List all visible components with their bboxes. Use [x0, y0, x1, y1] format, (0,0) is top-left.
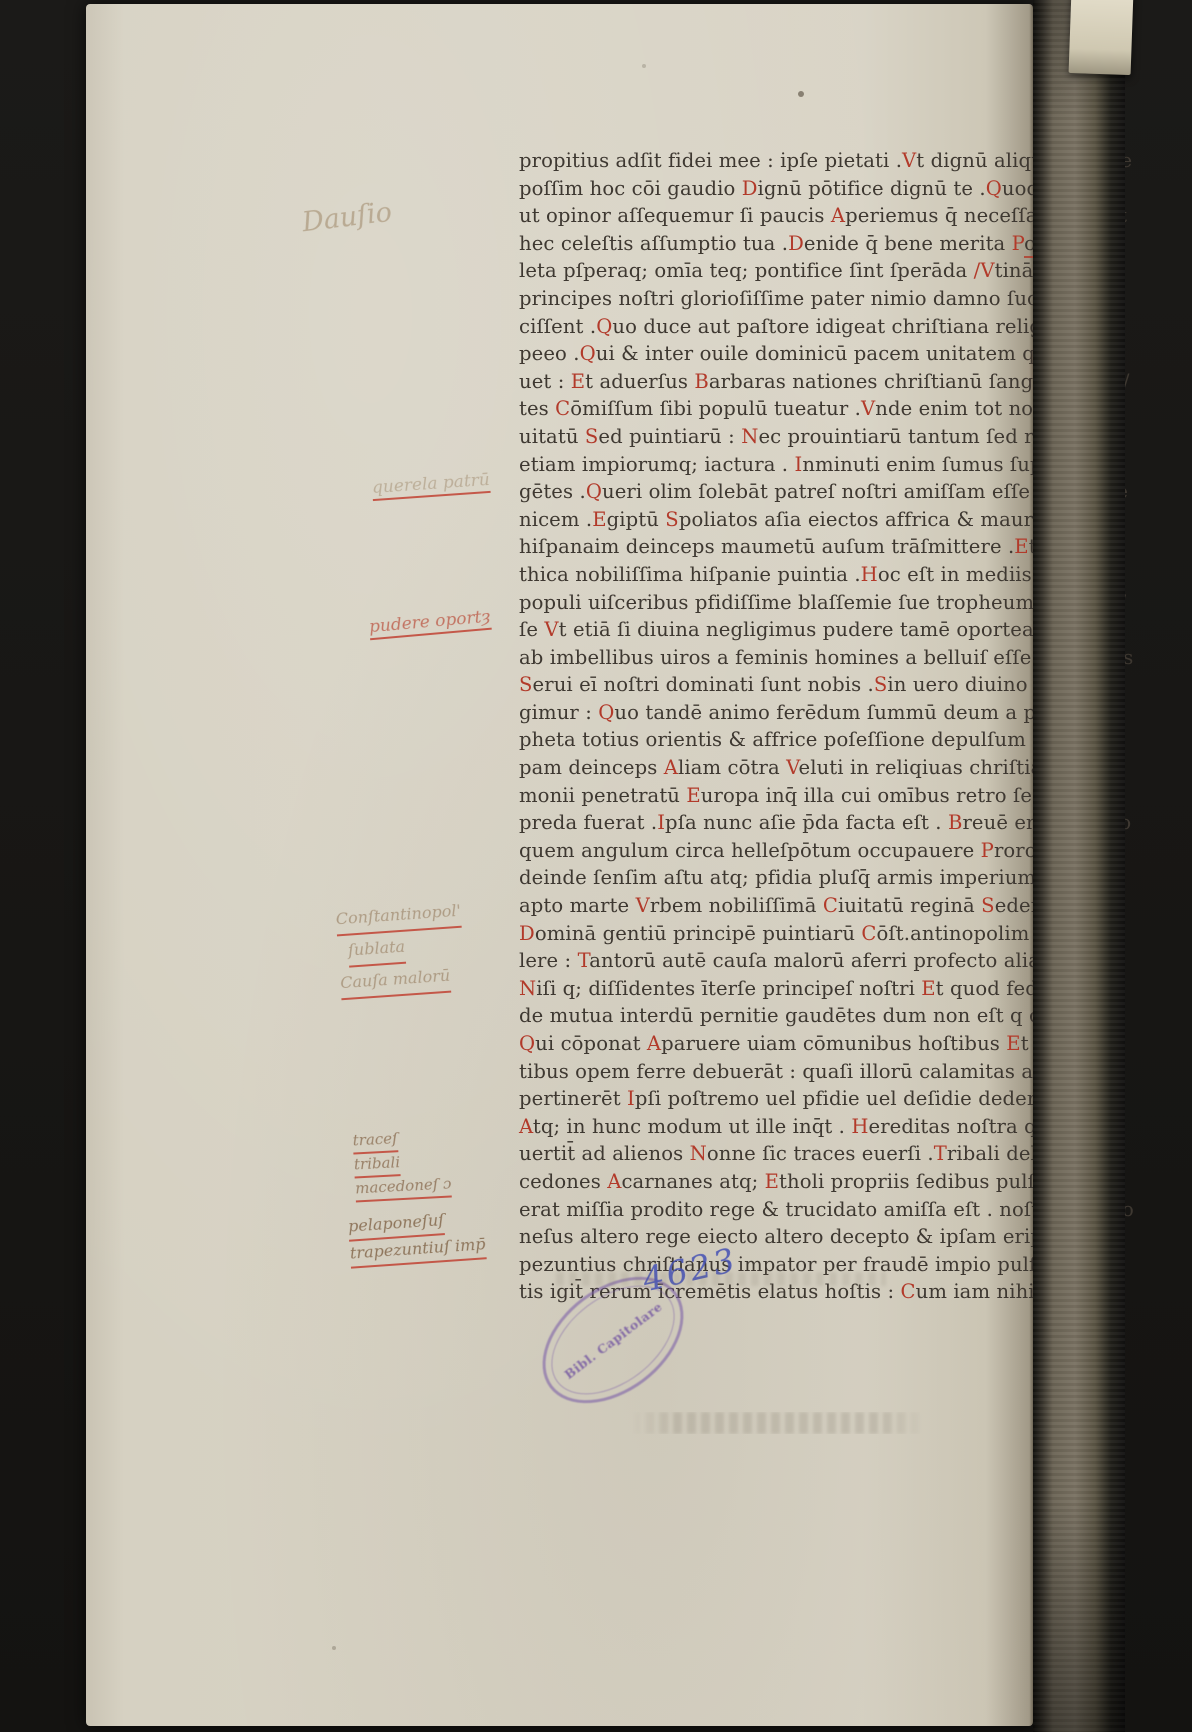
margin-note-dausio: Dauſio	[300, 197, 393, 239]
text-line: ciſſent .Quo duce aut paſtore idigeat ch…	[519, 313, 1098, 341]
rubricated-letter: N	[741, 425, 758, 448]
vellum-ribbon	[1069, 0, 1134, 75]
text-line: peeo .Qui & inter ouile dominicū pacem u…	[519, 340, 1098, 368]
margin-note-line: macedoneſ ɔ	[355, 1173, 452, 1202]
text-line: cedones Acarnanes atq; Etholi propriis ſ…	[519, 1168, 1098, 1196]
rubricated-letter: V	[902, 149, 916, 172]
margin-note-line: Cauſa malorū	[339, 961, 451, 1001]
paper-speck	[332, 1646, 336, 1650]
margin-note-line: ſublata	[347, 932, 406, 968]
library-stamp-label: Bibl. Capitolare	[554, 1293, 672, 1387]
text-line: principes noſtri glorioſiſſime pater nim…	[519, 285, 1098, 313]
rubricated-letter: T	[578, 949, 590, 972]
rubricated-letter: A	[519, 1115, 533, 1138]
margin-note-line: querela patrū	[371, 470, 490, 501]
rubricated-letter: S	[519, 673, 533, 696]
text-line: de mutua interdū pernitie gaudētes dum n…	[519, 1002, 1098, 1030]
text-line: tes Cōmiſſum ſibi populū tueatur .Vnde e…	[519, 395, 1098, 423]
rubricated-letter: Q	[596, 315, 612, 338]
rubricated-letter: V	[636, 894, 650, 917]
rubricated-letter: S	[665, 508, 679, 531]
text-line: Dominā gentiū principē puintiarū Cōſt.an…	[519, 920, 1098, 948]
rubricated-letter: I	[627, 1087, 635, 1110]
text-line: pam deinceps Aliam cōtra Veluti in reliq…	[519, 754, 1098, 782]
body-text: propitius adſit fidei mee : ipſe pietati…	[519, 147, 1098, 1306]
text-line: uitatū Sed puintiarū : Nec prouintiarū t…	[519, 423, 1098, 451]
text-line: neſus altero rege eiecto altero decepto …	[519, 1223, 1098, 1251]
rubricated-letter: H	[851, 1115, 868, 1138]
text-line: thica nobiliſſima hiſpanie puintia .Hoc …	[519, 561, 1098, 589]
rubricated-letter: E	[592, 508, 606, 531]
rubricated-letter: S	[981, 894, 995, 917]
margin-note-constantinopolis: Conſtantinopol' ſublata Cauſa malorū	[335, 896, 467, 1001]
paper-speck	[642, 64, 646, 68]
text-line: gimur : Quo tandē animo ferēdum ſummū de…	[519, 699, 1098, 727]
book-fore-edge	[1033, 0, 1125, 1732]
rubricated-letter: H	[861, 563, 878, 586]
text-line: propitius adſit fidei mee : ipſe pietati…	[519, 147, 1098, 175]
text-line: pheta totius orientis & affrice poſeſſio…	[519, 726, 1098, 754]
scanned-book-spread: propitius adſit fidei mee : ipſe pietati…	[0, 0, 1192, 1732]
rubricated-letter: V	[786, 756, 798, 779]
rubricated-letter: P	[1012, 232, 1025, 255]
rubricated-letter: D	[519, 922, 535, 945]
rubricated-letter: E	[686, 784, 700, 807]
text-line: quem angulum circa helleſpōtum occupauer…	[519, 837, 1098, 865]
rubricated-letter: P	[981, 839, 994, 862]
rubricated-letter: E	[571, 370, 585, 393]
margin-note-pudere-oportet: pudere oportȝ	[368, 607, 491, 641]
rubricated-letter: V	[861, 397, 875, 420]
text-line: deinde ſenſim aſtu atq; pfidia pluſq̄ ar…	[519, 864, 1098, 892]
text-line: preda fuerat .Ipſa nunc aſie p̄da facta …	[519, 809, 1098, 837]
margin-note-querela-patrum: querela patrū	[371, 470, 490, 501]
rubricated-letter: B	[948, 811, 963, 834]
text-line: poſſim hoc cōi gaudio Dignū pōtifice dig…	[519, 175, 1098, 203]
rubricated-letter: A	[664, 756, 678, 779]
rubricated-letter: A	[647, 1032, 661, 1055]
text-line: hec celeſtis aſſumptio tua .Denide q̄ be…	[519, 230, 1098, 258]
text-line: ſe Vt etiā ſi diuina negligimus pudere t…	[519, 616, 1098, 644]
text-line: populi uiſceribus pfidiſſime blaſſemie ſ…	[519, 589, 1098, 617]
rubricated-letter: E	[1014, 535, 1028, 558]
rubricated-letter: C	[823, 894, 838, 917]
text-line: etiam impiorumq; iactura . Inminuti enim…	[519, 451, 1098, 479]
text-line: ab imbellibus uiros a feminis homines a …	[519, 644, 1098, 672]
rubricated-letter: B	[694, 370, 709, 393]
rubricated-letter: /V	[974, 259, 995, 282]
rubricated-letter: Q	[986, 177, 1002, 200]
rubricated-letter: D	[742, 177, 758, 200]
rubricated-letter: V	[544, 618, 558, 641]
margin-note-line: pudere oportȝ	[368, 607, 491, 641]
margin-note-line: traceſ	[352, 1128, 398, 1154]
text-line: lere : Tantorū autē cauſa malorū aferri …	[519, 947, 1098, 975]
text-line: Serui eī noſtri dominati ſunt nobis .Sin…	[519, 671, 1098, 699]
rubricated-letter: N	[519, 977, 536, 1000]
margin-note-thraces-tribali-macedones: traceſ tribali macedoneſ ɔ	[352, 1126, 452, 1203]
text-line: Niſi q; diſſidentes īterſe principeſ noſ…	[519, 975, 1098, 1003]
rubricated-letter: Q	[519, 1032, 535, 1055]
rubricated-letter: C	[555, 397, 570, 420]
rubricated-letter: I	[657, 811, 665, 834]
rubricated-letter: N	[690, 1142, 707, 1165]
rubricated-letter: Q	[580, 342, 596, 365]
rubricated-letter: Q	[598, 701, 614, 724]
text-line: Atq; in hunc modum ut ille inq̄t . Hered…	[519, 1113, 1098, 1141]
text-line: nicem .Egiptū Spoliatos aſia eiectos aff…	[519, 506, 1098, 534]
margin-note-line: Dauſio	[300, 197, 393, 239]
bleed-through-text	[631, 1412, 926, 1434]
margin-note-line: tribali	[353, 1152, 400, 1178]
rubricated-letter: C	[901, 1280, 916, 1303]
rubricated-letter: E	[1006, 1032, 1020, 1055]
text-line: uet : Et aduerſus Barbaras nationes chri…	[519, 368, 1098, 396]
text-line: leta pſperaq; omīa teq; pontifice ſint ſ…	[519, 257, 1098, 285]
text-line: monii penetratū Europa inq̄ illa cui omī…	[519, 782, 1098, 810]
text-line: pertinerēt Ipſi poſtremo uel pfidie uel …	[519, 1085, 1098, 1113]
text-line: Qui cōponat Aparuere uiam cōmunibus hoſt…	[519, 1030, 1098, 1058]
manuscript-page: propitius adſit fidei mee : ipſe pietati…	[86, 4, 1033, 1726]
text-line: ut opinor aſſequemur ſi paucis Aperiemus…	[519, 202, 1098, 230]
rubricated-letter: A	[831, 204, 845, 227]
margin-note-peloponnesus-trapezuntius: pelaponeſuſ trapezuntiuſ imp̄	[347, 1205, 486, 1268]
rubricated-letter: Q	[586, 480, 602, 503]
text-line: hiſpanaim deinceps maumetū auſum trāſmit…	[519, 533, 1098, 561]
rubricated-letter: C	[861, 922, 876, 945]
rubricated-letter: I	[794, 453, 802, 476]
rubricated-letter: T	[934, 1142, 947, 1165]
rubricated-letter: S	[874, 673, 888, 696]
rubricated-letter: E	[921, 977, 935, 1000]
rubricated-letter: A	[607, 1170, 621, 1193]
text-line: uertit̄ ad alienos Nonne ſic traces euer…	[519, 1140, 1098, 1168]
text-line: gētes .Queri olim ſolebāt patreſ noſtri …	[519, 478, 1098, 506]
text-line: tibus opem ferre debuerāt : quaſi illorū…	[519, 1058, 1098, 1086]
text-line: apto marte Vrbem nobiliſſimā Ciuitatū re…	[519, 892, 1098, 920]
paper-speck	[798, 91, 804, 97]
rubricated-letter: S	[585, 425, 599, 448]
rubricated-letter: E	[765, 1170, 779, 1193]
bleed-through-text	[556, 1272, 886, 1286]
rubricated-letter: D	[788, 232, 804, 255]
text-line: erat miſſia prodito rege & trucidato ami…	[519, 1196, 1098, 1224]
